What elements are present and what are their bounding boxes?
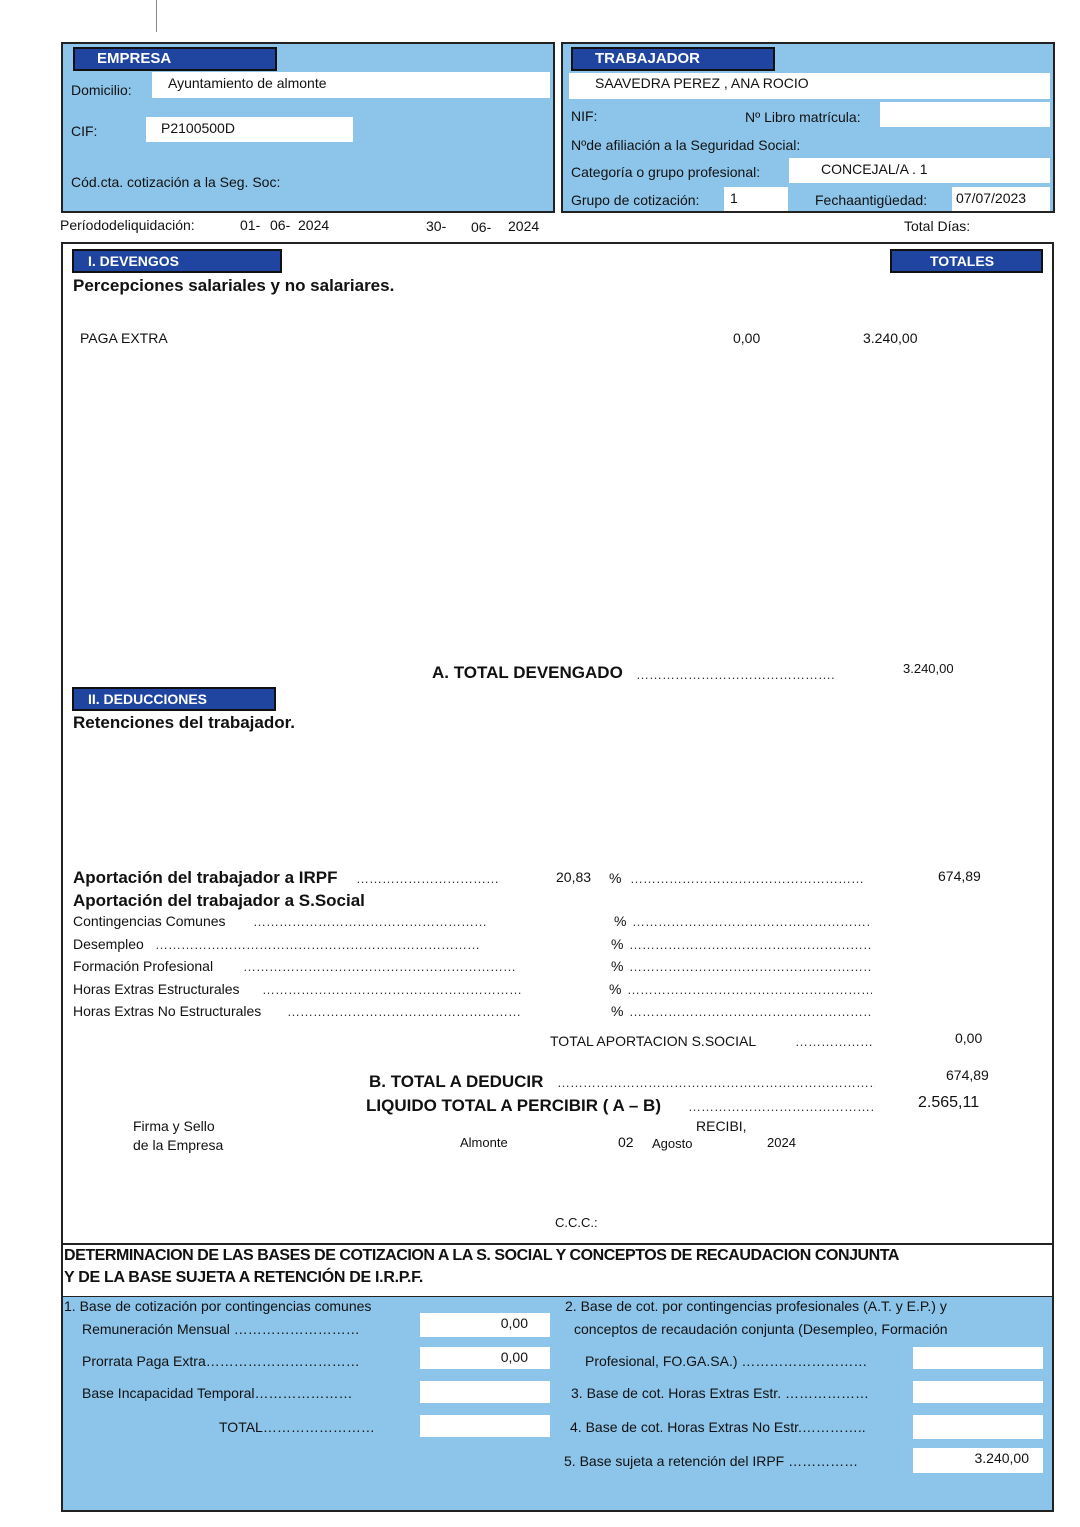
empresa-header: EMPRESA <box>73 47 277 71</box>
bases-title-line2: Y DE LA BASE SUJETA A RETENCIÓN DE I.R.P… <box>64 1269 423 1287</box>
ss-item-dots: …………………………………………………… <box>262 982 548 997</box>
categoria-field[interactable]: CONCEJAL/A . 1 <box>789 158 1050 183</box>
bases-title-line1: DETERMINACION DE LAS BASES DE COTIZACION… <box>64 1247 899 1265</box>
remuneracion-label: Remuneración Mensual ……………………… <box>82 1321 360 1337</box>
total-devengado-dots: ………………………………………. <box>636 667 876 682</box>
recibi-label: RECIBI, <box>696 1118 747 1134</box>
bases-right-title-line3: Profesional, FO.GA.SA.) ……………………… <box>585 1353 867 1369</box>
ss-item-pct: % <box>611 1003 623 1019</box>
irpf-pct-sign: % <box>609 870 621 886</box>
ss-item-pct: % <box>609 981 621 997</box>
total-deducir-dots: ………………………………………………………………………………………… <box>557 1075 875 1090</box>
ss-item-pct-dots: ………………………………………………………… <box>632 914 872 929</box>
ss-item-dots: ………………………………………………………………… <box>155 937 548 952</box>
cif-label: CIF: <box>71 123 97 139</box>
incapacidad-field[interactable] <box>420 1381 550 1403</box>
total-ss-label: TOTAL APORTACION S.SOCIAL <box>550 1033 756 1049</box>
devengo-total: 3.240,00 <box>863 330 918 346</box>
firma-line2: de la Empresa <box>133 1137 223 1153</box>
irpf-percentage: 20,83 <box>556 869 591 885</box>
irpf-dots: …………………………… <box>356 871 556 886</box>
devengos-subtitle: Percepciones salariales y no salariares. <box>73 276 394 296</box>
bases-title-box: DETERMINACION DE LAS BASES DE COTIZACION… <box>61 1245 1054 1298</box>
bases-panel: 1. Base de cotización por contingencias … <box>61 1297 1054 1512</box>
empresa-panel: EMPRESA Domicilio: Ayuntamiento de almon… <box>61 42 555 213</box>
grupo-cotizacion-field[interactable]: 1 <box>724 187 788 211</box>
ss-item-pct-dots: ………………………………………………………… <box>629 1004 872 1019</box>
nif-label: NIF: <box>571 108 597 124</box>
total-ss-dots: ……………………… <box>795 1034 873 1049</box>
devengo-importe: 0,00 <box>733 330 760 346</box>
afiliacion-label: Nºde afiliación a la Seguridad Social: <box>571 137 800 153</box>
deducciones-header: II. DEDUCCIONES <box>72 687 276 711</box>
irpf-value: 674,89 <box>938 868 981 884</box>
total-deducir-label: B. TOTAL A DEDUCIR <box>369 1072 543 1092</box>
ss-item-pct: % <box>614 913 626 929</box>
incapacidad-label: Base Incapacidad Temporal………………… <box>82 1385 353 1401</box>
periodo-desde-mes: 06- <box>270 217 290 233</box>
prorrata-field[interactable]: 0,00 <box>420 1347 550 1369</box>
antiguedad-label: Fechaantigüedad: <box>815 192 927 208</box>
horas-noestr-field[interactable] <box>913 1415 1043 1439</box>
ss-item-label: Horas Extras Estructurales <box>73 981 240 997</box>
profesionales-field[interactable] <box>913 1347 1043 1369</box>
recibi-mes: Agosto <box>652 1136 692 1151</box>
deducciones-subtitle: Retenciones del trabajador. <box>73 713 295 733</box>
ss-item-pct-dots: ………………………………………………………… <box>627 982 872 997</box>
base-irpf-field[interactable]: 3.240,00 <box>913 1448 1043 1473</box>
ss-item-pct-dots: ………………………………………………………… <box>629 937 872 952</box>
recibi-dia: 02 <box>618 1134 634 1150</box>
ss-item-label: Formación Profesional <box>73 958 213 974</box>
total-bases-field[interactable] <box>420 1415 550 1437</box>
ss-item-dots: ……………………………………………………… <box>243 959 548 974</box>
antiguedad-field[interactable]: 07/07/2023 <box>952 187 1050 211</box>
base-irpf-label: 5. Base sujeta a retención del IRPF …………… <box>564 1453 858 1469</box>
firma-line1: Firma y Sello <box>133 1118 215 1134</box>
total-dias-label: Total Días: <box>904 218 970 234</box>
cif-field[interactable]: P2100500D <box>146 117 353 142</box>
horas-estr-label: 3. Base de cot. Horas Extras Estr. ……………… <box>571 1385 869 1401</box>
ss-item-dots: ……………………………………………… <box>287 1004 548 1019</box>
ss-item-label: Horas Extras No Estructurales <box>73 1003 261 1019</box>
nombre-field[interactable]: SAAVEDRA PEREZ , ANA ROCIO <box>569 73 1050 99</box>
total-deducir-value: 674,89 <box>946 1067 989 1083</box>
horas-noestr-label: 4. Base de cot. Horas Extras No Estr.………… <box>570 1419 866 1435</box>
periodo-desde-anio: 2024 <box>298 217 329 233</box>
libro-matricula-label: Nº Libro matrícula: <box>745 109 861 125</box>
liquido-label: LIQUIDO TOTAL A PERCIBIR ( A – B) <box>366 1096 661 1116</box>
categoria-label: Categoría o grupo profesional: <box>571 164 760 180</box>
periodo-label: Períododeliquidación: <box>60 217 195 233</box>
periodo-hasta-dia: 30- <box>426 218 446 234</box>
trabajador-header: TRABAJADOR <box>571 47 775 71</box>
ss-item-pct: % <box>611 958 623 974</box>
totales-header: TOTALES <box>890 249 1043 273</box>
ss-item-dots: ……………………………………………… <box>253 914 548 929</box>
codcta-label: Cód.cta. cotización a la Seg. Soc: <box>71 174 280 190</box>
ss-label: Aportación del trabajador a S.Social <box>73 891 365 911</box>
liquido-value: 2.565,11 <box>918 1094 979 1112</box>
total-devengado-value: 3.240,00 <box>903 661 954 676</box>
ccc-label: C.C.C.: <box>555 1215 598 1230</box>
liquido-dots: …………………………………………………… <box>688 1099 873 1114</box>
ss-item-pct-dots: ………………………………………………………… <box>629 959 872 974</box>
libro-matricula-field[interactable] <box>880 102 1050 127</box>
irpf-label: Aportación del trabajador a IRPF <box>73 868 338 888</box>
remuneracion-field[interactable]: 0,00 <box>420 1313 550 1337</box>
ss-item-pct: % <box>611 936 623 952</box>
bases-right-title-line1: 2. Base de cot. por contingencias profes… <box>565 1298 947 1314</box>
devengo-concepto: PAGA EXTRA <box>80 330 168 346</box>
bases-left-title: 1. Base de cotización por contingencias … <box>64 1298 371 1314</box>
recibi-anio: 2024 <box>767 1135 796 1150</box>
domicilio-label: Domicilio: <box>71 82 132 98</box>
crop-mark <box>156 0 157 32</box>
main-section <box>61 242 1054 1245</box>
domicilio-field[interactable]: Ayuntamiento de almonte <box>152 72 550 98</box>
trabajador-panel: TRABAJADOR SAAVEDRA PEREZ , ANA ROCIO NI… <box>561 42 1055 213</box>
recibi-lugar: Almonte <box>460 1135 508 1150</box>
horas-estr-field[interactable] <box>913 1381 1043 1403</box>
total-devengado-label: A. TOTAL DEVENGADO <box>432 663 623 683</box>
periodo-desde-dia: 01- <box>240 217 260 233</box>
periodo-hasta-anio: 2024 <box>508 218 539 234</box>
devengos-header: I. DEVENGOS <box>72 249 282 273</box>
periodo-hasta-mes: 06- <box>471 219 491 235</box>
bases-right-title-line2: conceptos de recaudación conjunta (Desem… <box>574 1321 948 1337</box>
ss-item-label: Desempleo <box>73 936 144 952</box>
prorrata-label: Prorrata Paga Extra…………………………… <box>82 1353 360 1369</box>
grupo-cotizacion-label: Grupo de cotización: <box>571 192 699 208</box>
ss-item-label: Contingencias Comunes <box>73 913 226 929</box>
irpf-pct-dots: ………………………………………………… <box>630 871 865 886</box>
total-ss-value: 0,00 <box>955 1030 982 1046</box>
total-bases-label: TOTAL…………………… <box>219 1419 375 1435</box>
